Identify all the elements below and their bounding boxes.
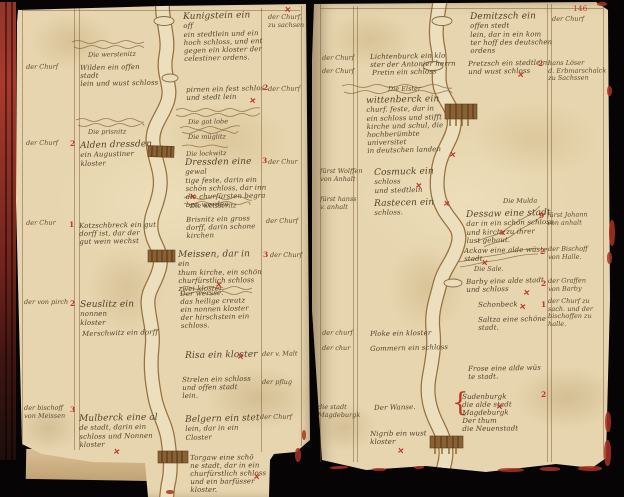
river-name-label-left: Die werstenitz xyxy=(88,51,136,60)
margin-owner-note-right: der Graffen von Barby xyxy=(548,277,604,293)
river-name-label-right: Die Sale. xyxy=(474,266,504,274)
entry-text-left: Mulberck eine al de stadt, darin ein sch… xyxy=(79,413,162,449)
entry-text-right: wittenberck ein churf. feste, dar in ein… xyxy=(366,94,461,155)
margin-owner-note-right: der Bischoff von Halle. xyxy=(548,246,604,262)
entry-text-left: Strelen ein schloss und offen stadt lein… xyxy=(182,375,262,401)
river-name-label-right: Die Mulda xyxy=(503,198,537,206)
margin-owner-note-right: fürst Wolffen von Anhalt xyxy=(320,168,372,183)
margin-owner-note-left: der Churf. zu sachsen xyxy=(268,14,312,29)
margin-owner-note-right: fürst Johann von anhalt xyxy=(547,211,605,227)
margin-owner-note-left: der Chur xyxy=(26,219,72,227)
red-number-left: 1 xyxy=(69,221,74,230)
red-cross-mark-right: ✕ xyxy=(415,181,423,191)
entry-text-right: Ploke ein kloster xyxy=(370,329,452,339)
red-number-left: 3 xyxy=(263,251,268,260)
entry-text-left: Wilden ein offen stadt lein und wust sch… xyxy=(80,63,158,89)
margin-owner-note-left: der bischoff von Meissen xyxy=(24,405,74,420)
red-cross-mark-left: ✕ xyxy=(249,96,257,106)
margin-owner-note-right: der Churf xyxy=(322,54,364,62)
entry-text-left: Kunigstein ein off ein stedtlein und ein… xyxy=(183,10,266,63)
red-number-right: 2 xyxy=(541,280,546,289)
entry-text-right: Demitzsch ein offen stedt lein, dar in e… xyxy=(470,11,558,55)
river-name-label-left: Die weisseritz xyxy=(190,203,237,211)
river-name-label-right: Die Elster xyxy=(388,86,421,94)
red-cross-mark-right: ✕ xyxy=(449,150,457,160)
entry-text-right: Saltza eine schöne stadt. xyxy=(478,315,556,333)
entry-text-left: Merschwitz ein dorff xyxy=(82,328,164,338)
entry-text-right: Der Wanse. xyxy=(374,403,434,413)
red-cross-mark-right: ✕ xyxy=(519,302,527,312)
entry-text-right: Frose eine alde wüs te stadt. xyxy=(468,363,554,381)
manuscript-book-opening: der Churfder Churf2der Chur1der von pirc… xyxy=(0,0,624,497)
margin-owner-note-right: der Churf zu sach. und der bischoffen zu… xyxy=(548,298,604,328)
red-cross-mark-left: ✕ xyxy=(237,352,245,362)
entry-text-left: Kotzschbreck ein gut dorff ist, dar der … xyxy=(79,221,161,247)
margin-owner-note-left: der Churf xyxy=(266,218,310,226)
margin-owner-note-left: der pflug xyxy=(262,379,306,387)
page-number-right: 146 xyxy=(573,5,587,14)
red-number-left: 2 xyxy=(70,300,75,309)
red-number-right: 2 xyxy=(538,60,543,69)
margin-owner-note-right: die stadt Magdeburgk xyxy=(318,404,372,419)
margin-owner-note-left: der von pirch xyxy=(24,299,72,307)
red-number-right: 2 xyxy=(540,248,545,257)
margin-owner-note-right: der Churf xyxy=(552,16,596,24)
red-cross-mark-left: ✕ xyxy=(189,192,197,202)
margin-owner-note-right: der chur xyxy=(322,345,364,353)
margin-owner-note-right: hans Löser d. Erbmarschalck zu Sachssen xyxy=(548,59,610,82)
margin-owner-note-left: der Churf xyxy=(26,63,72,71)
entry-text-left: Der wersse. das heilige creutz ein nonne… xyxy=(180,288,261,330)
margin-owner-note-right: der churf xyxy=(322,329,364,337)
entry-text-left: Risa ein kloster xyxy=(185,350,265,362)
margin-owner-note-left: der Churf xyxy=(270,252,312,260)
red-cross-mark-right: ✕ xyxy=(523,288,531,298)
red-cross-mark-right: ✕ xyxy=(517,70,525,80)
entry-text-left: Alden dressden ein Augustiner kloster xyxy=(80,139,161,168)
river-name-label-left: Die prisnitz xyxy=(88,129,126,137)
red-number-left: 3 xyxy=(262,157,267,166)
margin-owner-note-left: der Churf xyxy=(26,140,72,148)
margin-owner-note-left: der Churf xyxy=(268,85,310,93)
entry-text-right: Pretin ein schloss xyxy=(372,67,452,77)
red-cross-mark-left: ✕ xyxy=(253,472,261,482)
red-cross-mark-right: ✕ xyxy=(496,402,504,412)
red-number-right: 2 xyxy=(541,391,546,400)
red-number-left: 2 xyxy=(70,140,75,149)
entry-text-right: Rastecen ein schloss. xyxy=(374,197,464,218)
margin-owner-note-left: der Churf xyxy=(260,414,306,422)
entry-text-right: Schonbeck xyxy=(478,300,538,309)
red-cross-mark-left: ✕ xyxy=(113,447,121,457)
red-cross-mark-right: ✕ xyxy=(499,228,507,238)
handwriting-layer: der Churfder Churf2der Chur1der von pirc… xyxy=(0,0,624,497)
red-number-right: 1 xyxy=(541,301,546,310)
margin-owner-note-left: der v. Malt xyxy=(262,350,308,358)
red-cross-mark-right: ✕ xyxy=(397,446,405,456)
entry-text-left: Belgern ein stet lein, dar in ein Closte… xyxy=(185,413,264,442)
river-name-label-left: Die got lobe xyxy=(188,118,228,126)
red-number-right: 9 xyxy=(539,212,544,221)
red-number-left: 3 xyxy=(70,406,75,415)
margin-owner-note-right: fürst hanss v. anhalt xyxy=(320,196,370,211)
river-name-label-left: Die müglitz xyxy=(188,134,226,142)
entry-text-left: Seuslitz ein nonnen kloster xyxy=(80,299,162,327)
red-cross-mark-right: ✕ xyxy=(443,199,451,209)
margin-owner-note-right: der Churf xyxy=(322,68,364,76)
entry-text-right: Nigrib ein wust kloster xyxy=(370,429,442,446)
entry-text-left: Brisnitz ein gross dorff, darin schone k… xyxy=(186,214,269,240)
margin-owner-note-left: der Chur xyxy=(268,158,310,166)
entry-text-right: Gommern ein schloss xyxy=(370,343,462,353)
